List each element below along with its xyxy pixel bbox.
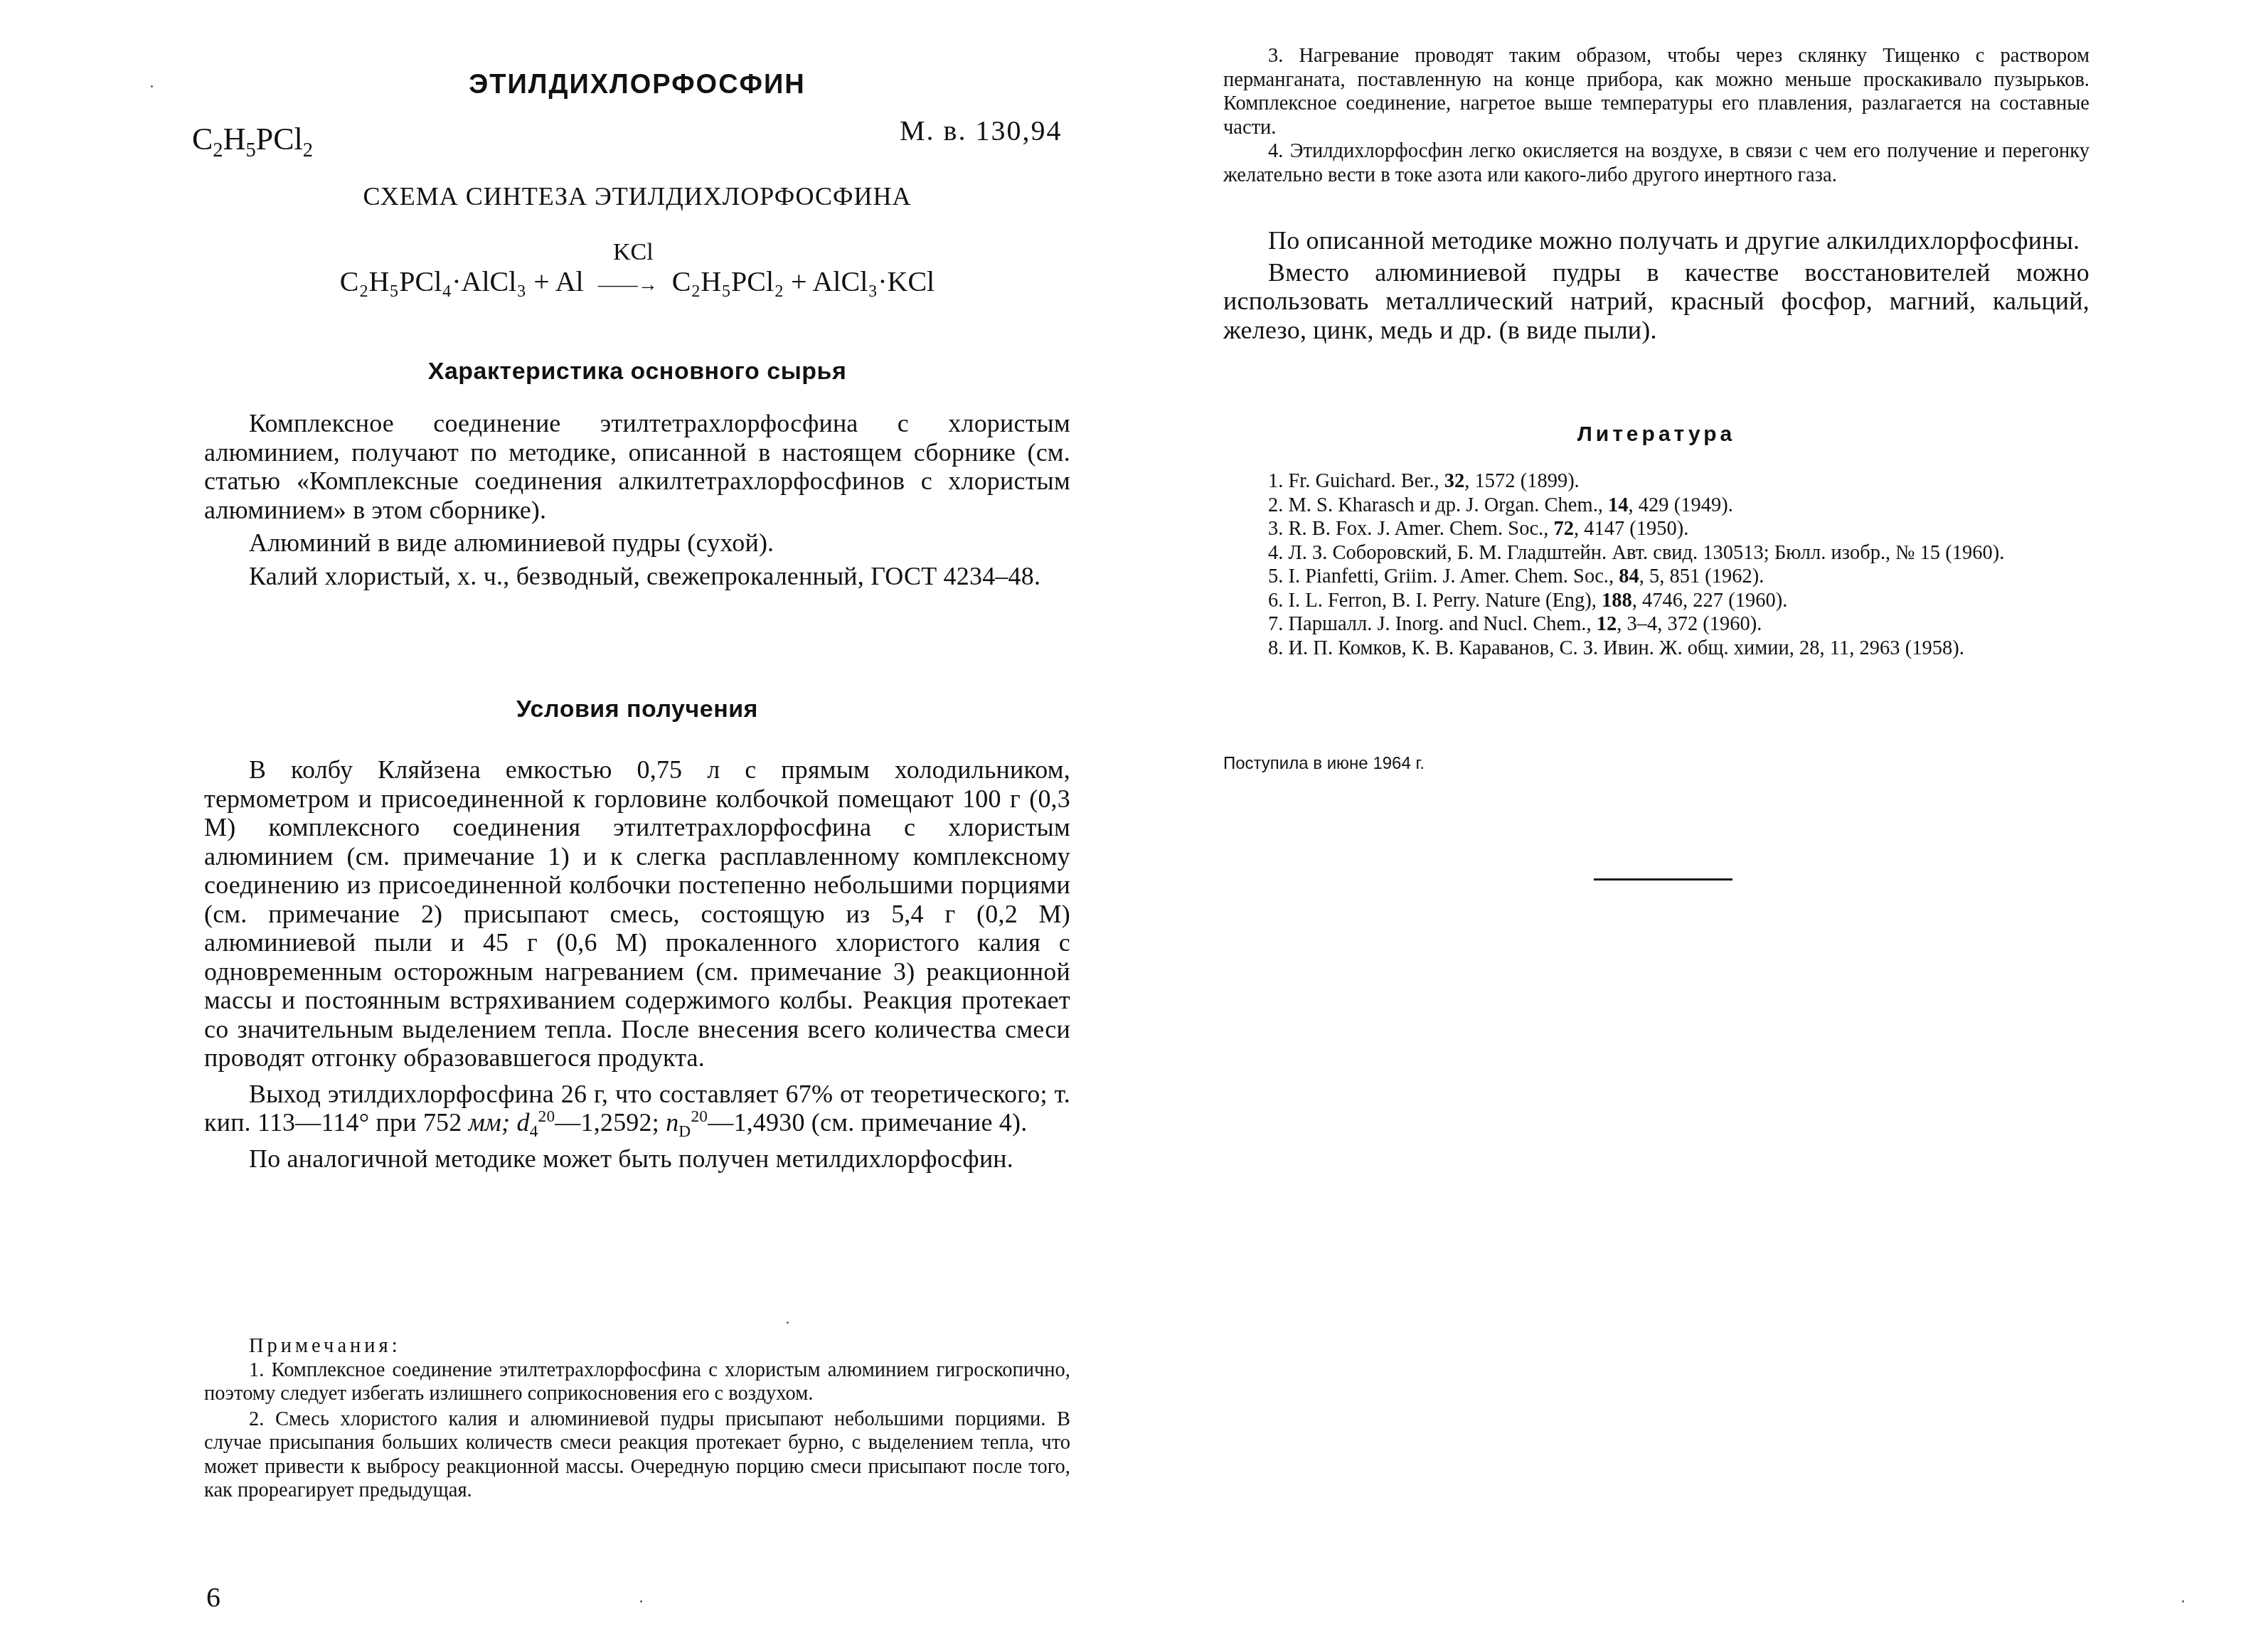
conditions-text: В колбу Кляйзена емкостью 0,75 л с прямы… [204,755,1070,1173]
paragraph: По аналогичной методике может быть получ… [204,1144,1070,1174]
note-item: 1. Комплексное соединение этилтетрахлорф… [204,1358,1070,1406]
reference-item: 4. Л. З. Соборовский, Б. М. Гладштейн. А… [1223,541,2089,565]
reference-item: 2. M. S. Kharasch и др. J. Organ. Chem.,… [1223,494,2089,518]
chemical-formula: C2H5PCl2 [192,121,313,157]
reference-item: 8. И. П. Комков, К. В. Караванов, С. З. … [1223,637,2089,661]
molecular-weight: М. в. 130,94 [900,114,1062,147]
references-list: 1. Fr. Guichard. Ber., 32, 1572 (1899). … [1223,469,2089,660]
note-item: 3. Нагревание проводят таким образом, чт… [1223,44,2089,139]
reference-item: 1. Fr. Guichard. Ber., 32, 1572 (1899). [1223,469,2089,494]
notes: Примечания: 1. Комплексное соединение эт… [204,1334,1070,1503]
paragraph: Комплексное соединение этилтетрахлорфосф… [204,409,1070,524]
additional-text: По описанной методике можно получать и д… [1223,226,2089,344]
reference-item: 5. I. Pianfetti, Griim. J. Amer. Chem. S… [1223,565,2089,589]
section-heading-raw-materials: Характеристика основного сырья [204,358,1070,385]
reaction-catalyst: KCl [613,239,654,266]
paragraph: Вместо алюминиевой пудры в качестве восс… [1223,258,2089,345]
reference-item: 6. I. L. Ferron, B. I. Perry. Nature (En… [1223,589,2089,613]
reaction-arrow: ——→ [591,274,665,296]
page-number: 6 [206,1580,220,1614]
scan-speck [640,1600,642,1602]
raw-materials-text: Комплексное соединение этилтетрахлорфосф… [204,409,1070,590]
scan-speck [151,85,153,87]
article-title: ЭТИЛДИХЛОРФОСФИН [204,70,1070,100]
scheme-title: СХЕМА СИНТЕЗА ЭТИЛДИХЛОРФОСФИНА [204,181,1070,211]
reaction-equation: C₂H₅PCl₄·AlCl₃ + Al ——→ C₂H₅PCl₂ + AlCl₃… [204,265,1070,298]
reference-item: 7. Паршалл. J. Inorg. and Nucl. Chem., 1… [1223,612,2089,637]
scan-speck [787,1321,789,1324]
paragraph: В колбу Кляйзена емкостью 0,75 л с прямы… [204,755,1070,1073]
received-date: Поступила в июне 1964 г. [1223,754,1425,774]
reference-item: 3. R. B. Fox. J. Amer. Chem. Soc., 72, 4… [1223,517,2089,541]
notes-continued: 3. Нагревание проводят таким образом, чт… [1223,44,2089,187]
reaction-products: C₂H₅PCl₂ + AlCl₃·KCl [672,265,935,297]
paragraph: По описанной методике можно получать и д… [1223,226,2089,255]
references-heading: Литература [1223,422,2089,447]
notes-heading: Примечания: [204,1334,1070,1358]
scan-speck [2182,1600,2184,1602]
section-heading-conditions: Условия получения [204,696,1070,723]
paragraph: Алюминий в виде алюминиевой пудры (сухой… [204,528,1070,558]
reaction-reactants: C₂H₅PCl₄·AlCl₃ + Al [340,265,584,297]
note-item: 4. Этилдихлорфосфин легко окисляется на … [1223,139,2089,187]
note-item: 2. Смесь хлористого калия и алюминиевой … [204,1408,1070,1503]
paragraph: Калий хлористый, х. ч., безводный, свеже… [204,562,1070,591]
end-rule [1594,878,1732,881]
yield-paragraph: Выход этилдихлорфосфина 26 г, что состав… [204,1080,1070,1137]
